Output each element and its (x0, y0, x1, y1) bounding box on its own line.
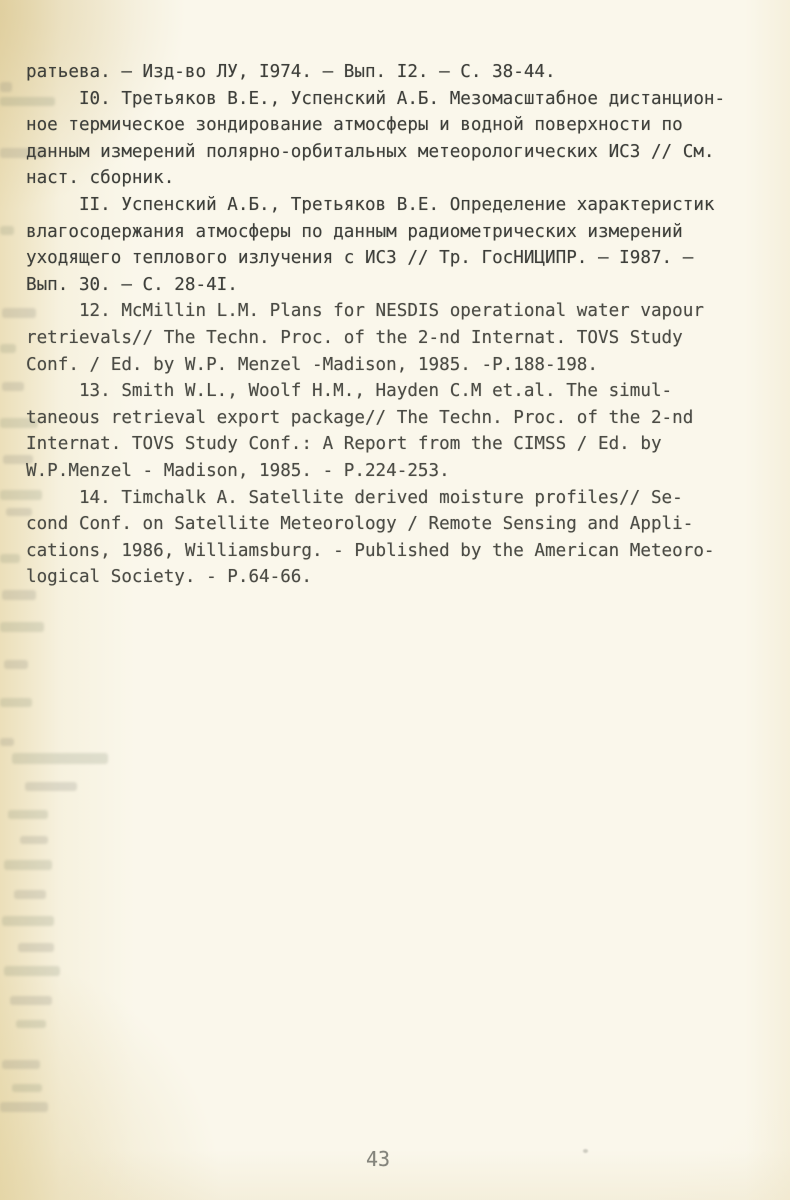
text-line: 14. Timchalk A. Satellite derived moistu… (26, 485, 771, 512)
bleed-through-mark (0, 226, 14, 235)
bleed-through-mark (0, 698, 32, 707)
bleed-through-mark (12, 1084, 42, 1092)
bleed-through-mark (16, 1020, 46, 1028)
bleed-through-mark (14, 890, 46, 899)
text-line: Вып. 30. – С. 28-4I. (26, 272, 771, 299)
bleed-through-mark (18, 943, 54, 952)
text-line: cations, 1986, Williamsburg. - Published… (26, 538, 771, 565)
bleed-through-mark (4, 660, 28, 669)
text-line: Internat. TOVS Study Conf.: A Report fro… (26, 431, 771, 458)
bleed-through-mark (25, 782, 77, 791)
bleed-through-mark (8, 810, 48, 819)
page-number: 43 (348, 1146, 408, 1172)
bleed-through-mark (0, 622, 44, 632)
text-line: ное термическое зондирование атмосферы и… (26, 112, 771, 139)
text-line: уходящего теплового излучения с ИСЗ // Т… (26, 245, 771, 272)
bleed-through-mark (0, 344, 16, 353)
text-line: taneous retrieval export package// The T… (26, 405, 771, 432)
text-line: Conf. / Ed. by W.P. Menzel -Madison, 198… (26, 352, 771, 379)
bleed-through-mark (2, 1060, 40, 1069)
bleed-through-mark (0, 1102, 48, 1112)
text-line: I0. Третьяков В.Е., Успенский А.Б. Мезом… (26, 86, 771, 113)
bleed-through-mark (2, 382, 24, 391)
bleed-through-mark (4, 860, 52, 870)
text-line: II. Успенский А.Б., Третьяков В.Е. Опред… (26, 192, 771, 219)
scan-speck (583, 1149, 588, 1153)
text-line: W.P.Menzel - Madison, 1985. - P.224-253. (26, 458, 771, 485)
text-line: 12. McMillin L.M. Plans for NESDIS opera… (26, 298, 771, 325)
bleed-through-mark (12, 753, 108, 764)
bleed-through-mark (4, 966, 60, 976)
text-line: cond Conf. on Satellite Meteorology / Re… (26, 511, 771, 538)
text-line: 13. Smith W.L., Woolf H.M., Hayden C.M e… (26, 378, 771, 405)
bleed-through-mark (0, 82, 12, 92)
scanned-page: ратьева. – Изд-во ЛУ, I974. – Вып. I2. –… (0, 0, 790, 1200)
text-line: данным измерений полярно-орбитальных мет… (26, 139, 771, 166)
bleed-through-mark (2, 590, 36, 600)
bleed-through-mark (0, 554, 20, 563)
text-line: влагосодержания атмосферы по данным ради… (26, 219, 771, 246)
text-line: retrievals// The Techn. Proc. of the 2-n… (26, 325, 771, 352)
bleed-through-mark (10, 996, 52, 1005)
bleed-through-mark (0, 738, 14, 746)
text-line: наст. сборник. (26, 165, 771, 192)
text-line: logical Society. - P.64-66. (26, 564, 771, 591)
bleed-through-mark (2, 916, 54, 926)
bleed-through-mark (20, 836, 48, 844)
references-text-block: ратьева. – Изд-во ЛУ, I974. – Вып. I2. –… (26, 59, 771, 591)
text-line: ратьева. – Изд-во ЛУ, I974. – Вып. I2. –… (26, 59, 771, 86)
